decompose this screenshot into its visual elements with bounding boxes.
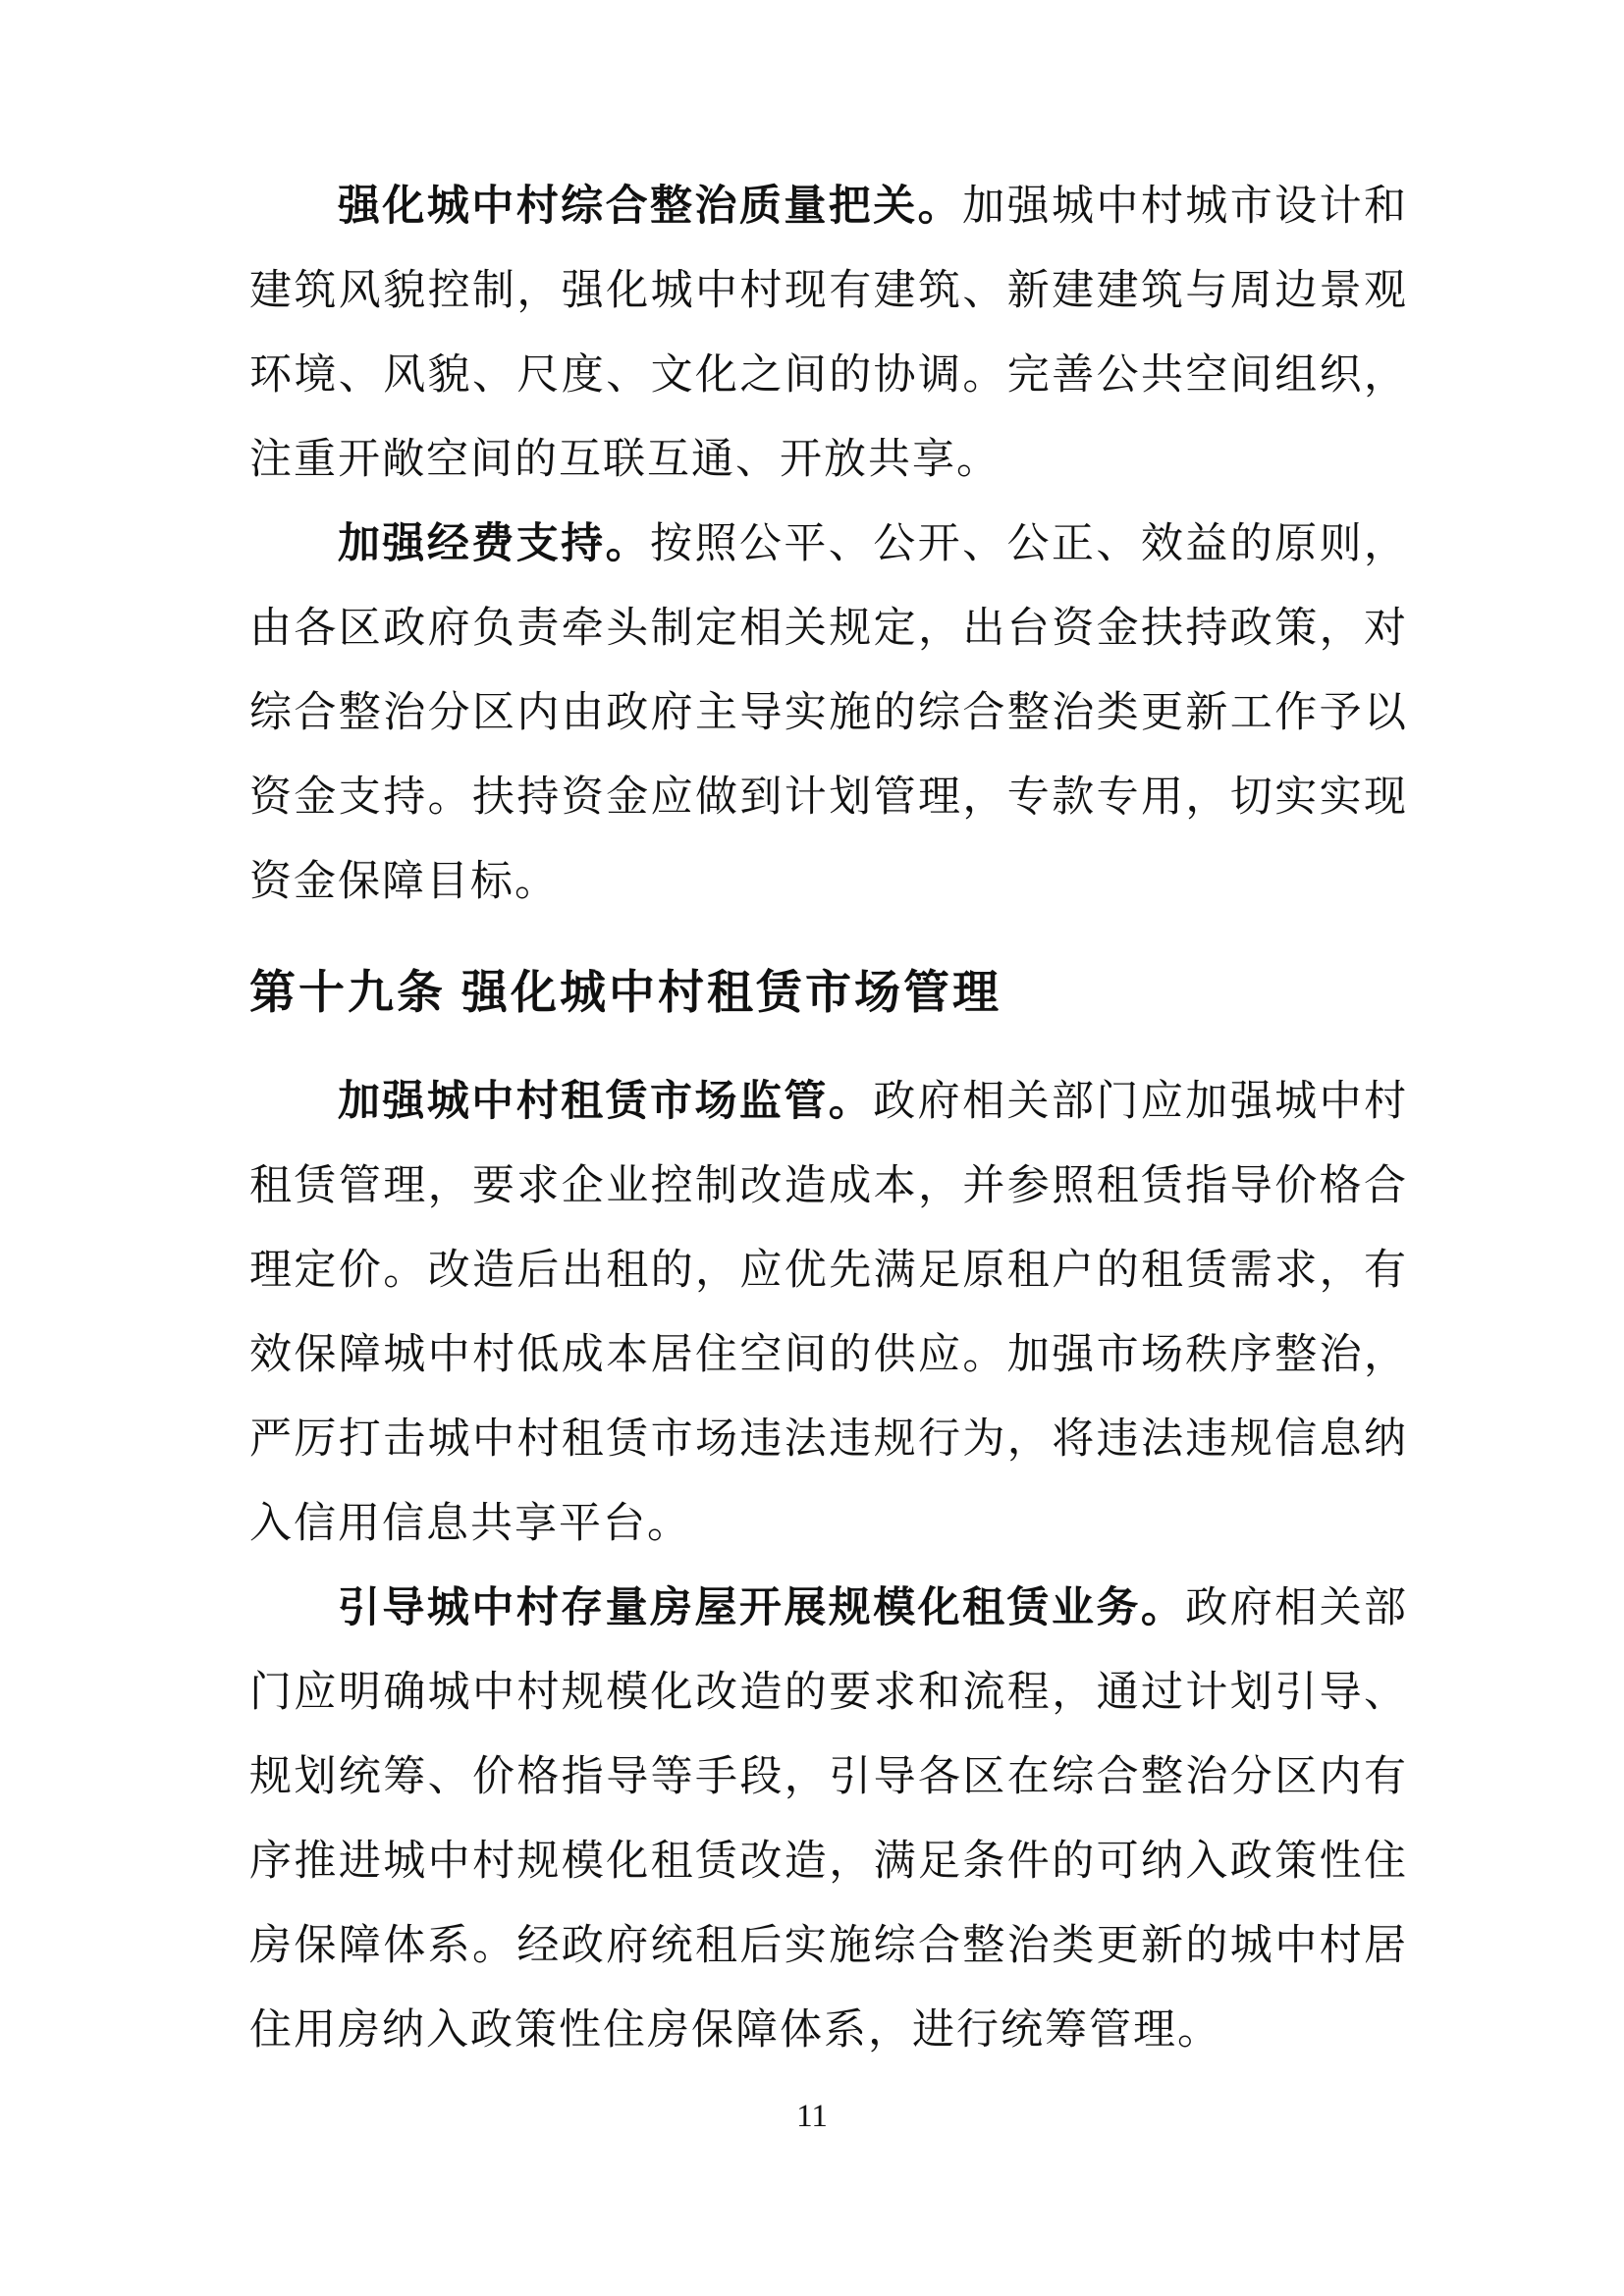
paragraph-funding-support: 加强经费支持。按照公平、公开、公正、效益的原则，由各区政府负责牵头制定相关规定，… [249, 503, 1408, 925]
document-body: 强化城中村综合整治质量把关。加强城中村城市设计和建筑风貌控制，强化城中村现有建筑… [249, 165, 1408, 2073]
paragraph-rental-supervision: 加强城中村租赁市场监管。政府相关部门应加强城中村租赁管理，要求企业控制改造成本，… [249, 1060, 1408, 1567]
section-heading-article-19: 第十九条 强化城中村租赁市场管理 [249, 950, 1408, 1035]
paragraph-quality-control: 强化城中村综合整治质量把关。加强城中村城市设计和建筑风貌控制，强化城中村现有建筑… [249, 165, 1408, 503]
paragraph-scaled-rental-business: 引导城中村存量房屋开展规模化租赁业务。政府相关部门应明确城中村规模化改造的要求和… [249, 1567, 1408, 2073]
paragraph-lead-text: 加强经费支持。 [338, 521, 650, 567]
paragraph-lead-text: 强化城中村综合整治质量把关。 [338, 184, 962, 230]
document-page: 强化城中村综合整治质量把关。加强城中村城市设计和建筑风貌控制，强化城中村现有建筑… [0, 0, 1624, 2296]
paragraph-body-text: 按照公平、公开、公正、效益的原则，由各区政府负责牵头制定相关规定，出台资金扶持政… [249, 521, 1408, 905]
page-number: 11 [0, 2099, 1624, 2135]
paragraph-lead-text: 引导城中村存量房屋开展规模化租赁业务。 [338, 1585, 1185, 1631]
paragraph-lead-text: 加强城中村租赁市场监管。 [338, 1079, 873, 1125]
paragraph-body-text: 政府相关部门应加强城中村租赁管理，要求企业控制改造成本，并参照租赁指导价格合理定… [249, 1079, 1408, 1547]
paragraph-body-text: 政府相关部门应明确城中村规模化改造的要求和流程，通过计划引导、规划统筹、价格指导… [249, 1585, 1408, 2054]
